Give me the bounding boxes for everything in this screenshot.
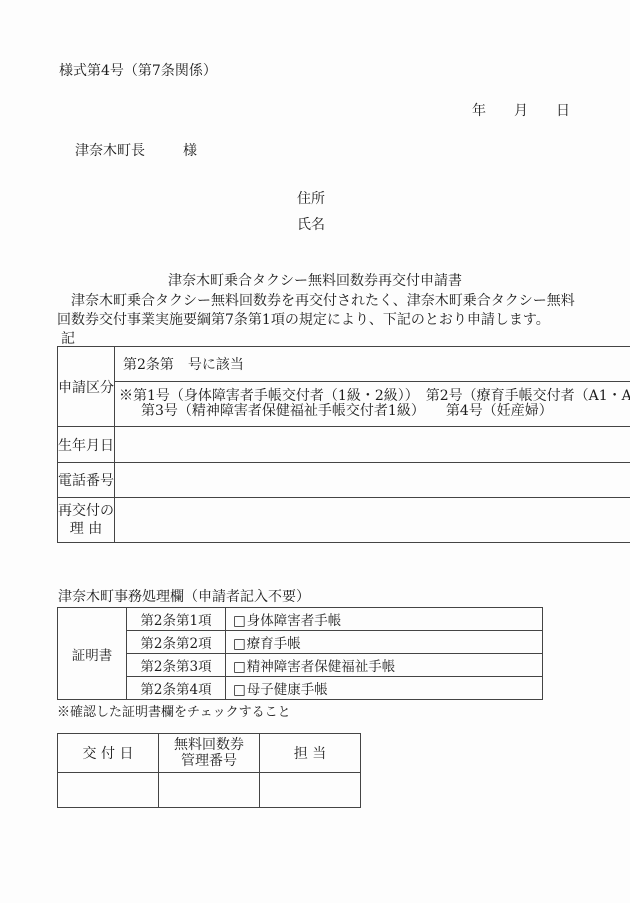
checkbox-icon[interactable]: □ (233, 659, 246, 675)
addressee: 津奈木町長 (75, 140, 145, 160)
checkbox-icon[interactable]: □ (233, 613, 246, 629)
phone-value-cell[interactable] (115, 463, 630, 498)
office-check-note: ※確認した証明書欄をチェックすること (57, 701, 291, 720)
birthdate-label-cell: 生年月日 (58, 427, 115, 463)
reason-value-cell[interactable] (115, 498, 630, 543)
clause-cell-1: 第2条第1項 (127, 608, 226, 631)
category-note-line-1: ※第1号（身体障害者手帳交付者（1級・2級）） 第2号（療育手帳交付者（A1・A… (119, 389, 630, 404)
reason-label-cell: 再交付の 理 由 (58, 498, 115, 543)
certificate-label-cell: 証明書 (58, 608, 127, 700)
name-label: 氏名 (297, 214, 325, 234)
ki-label: 記 (61, 328, 75, 348)
clause-fill-in-cell[interactable]: 第2条第 号に該当 (115, 347, 630, 382)
reason-label-line-1: 再交付の (58, 502, 114, 520)
body-line-1: 津奈木町乗合タクシー無料回数券を再交付されたく、津奈木町乗合タクシー無料 (57, 292, 587, 311)
issue-date-header-cell: 交 付 日 (58, 734, 159, 773)
application-form-page: 様式第4号（第7条関係） 年 月 日 津奈木町長 様 住所 氏名 津奈木町乗合タ… (0, 0, 630, 903)
doc-cell-4: □母子健康手帳 (226, 677, 543, 700)
address-label: 住所 (297, 188, 325, 208)
coupon-number-header-line-1: 無料回数券 (159, 737, 259, 753)
doc-label: 療育手帳 (247, 636, 301, 652)
doc-cell-3: □精神障害者保健福祉手帳 (226, 654, 543, 677)
staff-value-cell[interactable] (260, 773, 361, 808)
clause-cell-3: 第2条第3項 (127, 654, 226, 677)
category-label-cell: 申請区分 (58, 347, 115, 427)
issue-table: 交 付 日 無料回数券 管理番号 担 当 (57, 733, 361, 808)
doc-cell-2: □療育手帳 (226, 631, 543, 654)
birthdate-value-cell[interactable] (115, 427, 630, 463)
doc-label: 精神障害者保健福祉手帳 (247, 659, 396, 675)
application-body-text: 津奈木町乗合タクシー無料回数券を再交付されたく、津奈木町乗合タクシー無料 回数券… (57, 292, 587, 330)
coupon-number-value-cell[interactable] (159, 773, 260, 808)
doc-cell-1: □身体障害者手帳 (226, 608, 543, 631)
addressee-honorific: 様 (183, 140, 197, 160)
application-table: 申請区分 第2条第 号に該当 ※第1号（身体障害者手帳交付者（1級・2級）） 第… (57, 346, 630, 543)
coupon-number-header-line-2: 管理番号 (159, 753, 259, 769)
category-note-cell: ※第1号（身体障害者手帳交付者（1級・2級）） 第2号（療育手帳交付者（A1・A… (115, 382, 630, 427)
body-line-2: 回数券交付事業実施要綱第7条第1項の規定により、下記のとおり申請します。 (57, 311, 587, 330)
doc-label: 身体障害者手帳 (247, 613, 342, 629)
phone-label-cell: 電話番号 (58, 463, 115, 498)
clause-cell-2: 第2条第2項 (127, 631, 226, 654)
document-title: 津奈木町乗合タクシー無料回数券再交付申請書 (0, 270, 630, 290)
form-number: 様式第4号（第7条関係） (59, 60, 217, 80)
date-line: 年 月 日 (472, 100, 570, 120)
doc-label: 母子健康手帳 (247, 682, 328, 698)
checkbox-icon[interactable]: □ (233, 636, 246, 652)
staff-header-cell: 担 当 (260, 734, 361, 773)
clause-cell-4: 第2条第4項 (127, 677, 226, 700)
office-section-heading: 津奈木町事務処理欄（申請者記入不要） (58, 586, 310, 606)
office-certificate-table: 証明書 第2条第1項 □身体障害者手帳 第2条第2項 □療育手帳 第2条第3項 … (57, 607, 543, 700)
reason-label-line-2: 理 由 (58, 520, 114, 538)
checkbox-icon[interactable]: □ (233, 682, 246, 698)
issue-date-value-cell[interactable] (58, 773, 159, 808)
category-note-line-2: 第3号（精神障害者保健福祉手帳交付者1級） 第4号（妊産婦） (119, 404, 630, 419)
coupon-number-header-cell: 無料回数券 管理番号 (159, 734, 260, 773)
